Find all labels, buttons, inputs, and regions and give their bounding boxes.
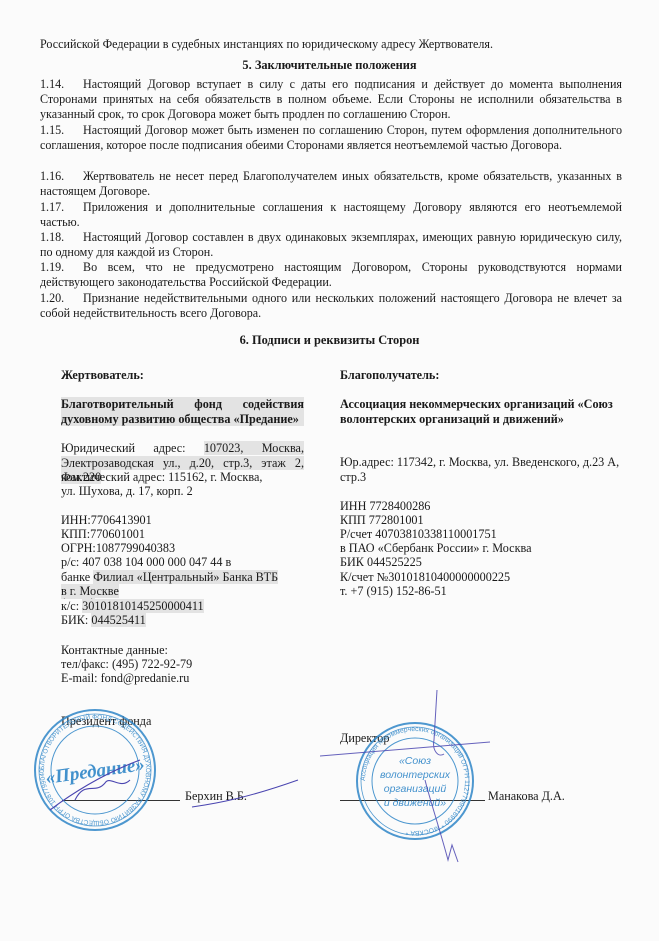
recipient-label: Благополучатель:	[340, 368, 620, 383]
svg-text:«Предание»: «Предание»	[44, 754, 146, 789]
donor-phone: тел/факс: (495) 722-92-79	[61, 657, 304, 672]
clause-1-20: 1.20.Признание недействительными одного …	[40, 291, 622, 321]
donor-kpp: КПП:770601001	[61, 527, 304, 542]
recipient-phone: т. +7 (915) 152-86-51	[340, 584, 620, 599]
recipient-signature-stroke-icon	[320, 690, 520, 870]
donor-bik: БИК: 044525411	[61, 613, 304, 628]
section-6-title: 6. Подписи и реквизиты Сторон	[0, 333, 659, 348]
clause-1-18: 1.18.Настоящий Договор составлен в двух …	[40, 230, 622, 260]
recipient-inn: ИНН 7728400286	[340, 499, 620, 514]
donor-contacts-label: Контактные данные:	[61, 643, 304, 658]
donor-account: р/с: 407 038 104 000 000 047 44 в	[61, 555, 304, 570]
recipient-legal-address: Юр.адрес: 117342, г. Москва, ул. Введенс…	[340, 455, 620, 484]
donor-ks: к/с: 30101810145250000411	[61, 599, 304, 614]
recipient-ks: К/счет №30101810400000000225	[340, 570, 620, 585]
donor-actual-address-2: ул. Шухова, д. 17, корп. 2	[61, 484, 304, 499]
donor-label: Жертвователь:	[61, 368, 304, 383]
donor-actual-address-1: Фактический адрес: 115162, г. Москва,	[61, 470, 304, 485]
recipient-bik: БИК 044525225	[340, 555, 620, 570]
recipient-name: Ассоциация некоммерческих организаций «С…	[340, 397, 620, 426]
donor-name: Благотворительный фонд содействия духовн…	[61, 397, 304, 426]
donor-ogrn: ОГРН:1087799040383	[61, 541, 304, 556]
clause-1-19: 1.19.Во всем, что не предусмотрено насто…	[40, 260, 622, 290]
clause-1-15: 1.15.Настоящий Договор может быть измене…	[40, 123, 622, 153]
recipient-kpp: КПП 772801001	[340, 513, 620, 528]
donor-stamp-icon: БЛАГОТВОРИТЕЛЬНЫЙ ФОНД СОДЕЙСТВИЯ ДУХОВН…	[30, 705, 160, 835]
section-5-title: 5. Заключительные положения	[0, 58, 659, 73]
recipient-bank: в ПАО «Сбербанк России» г. Москва	[340, 541, 620, 556]
donor-inn: ИНН:7706413901	[61, 513, 304, 528]
clause-1-14: 1.14.Настоящий Договор вступает в силу с…	[40, 77, 622, 123]
clause-1-17: 1.17.Приложения и дополнительные соглаше…	[40, 200, 622, 230]
document-page: Российской Федерации в судебных инстанци…	[0, 0, 659, 941]
intro-line: Российской Федерации в судебных инстанци…	[40, 37, 622, 52]
clause-1-16: 1.16.Жертвователь не несет перед Благопо…	[40, 169, 622, 199]
donor-bank-city: в г. Москве	[61, 584, 119, 599]
donor-signature-stroke-icon	[190, 775, 300, 815]
recipient-account: Р/счет 40703810338110001751	[340, 527, 620, 542]
donor-email: E-mail: fond@predanie.ru	[61, 671, 304, 686]
